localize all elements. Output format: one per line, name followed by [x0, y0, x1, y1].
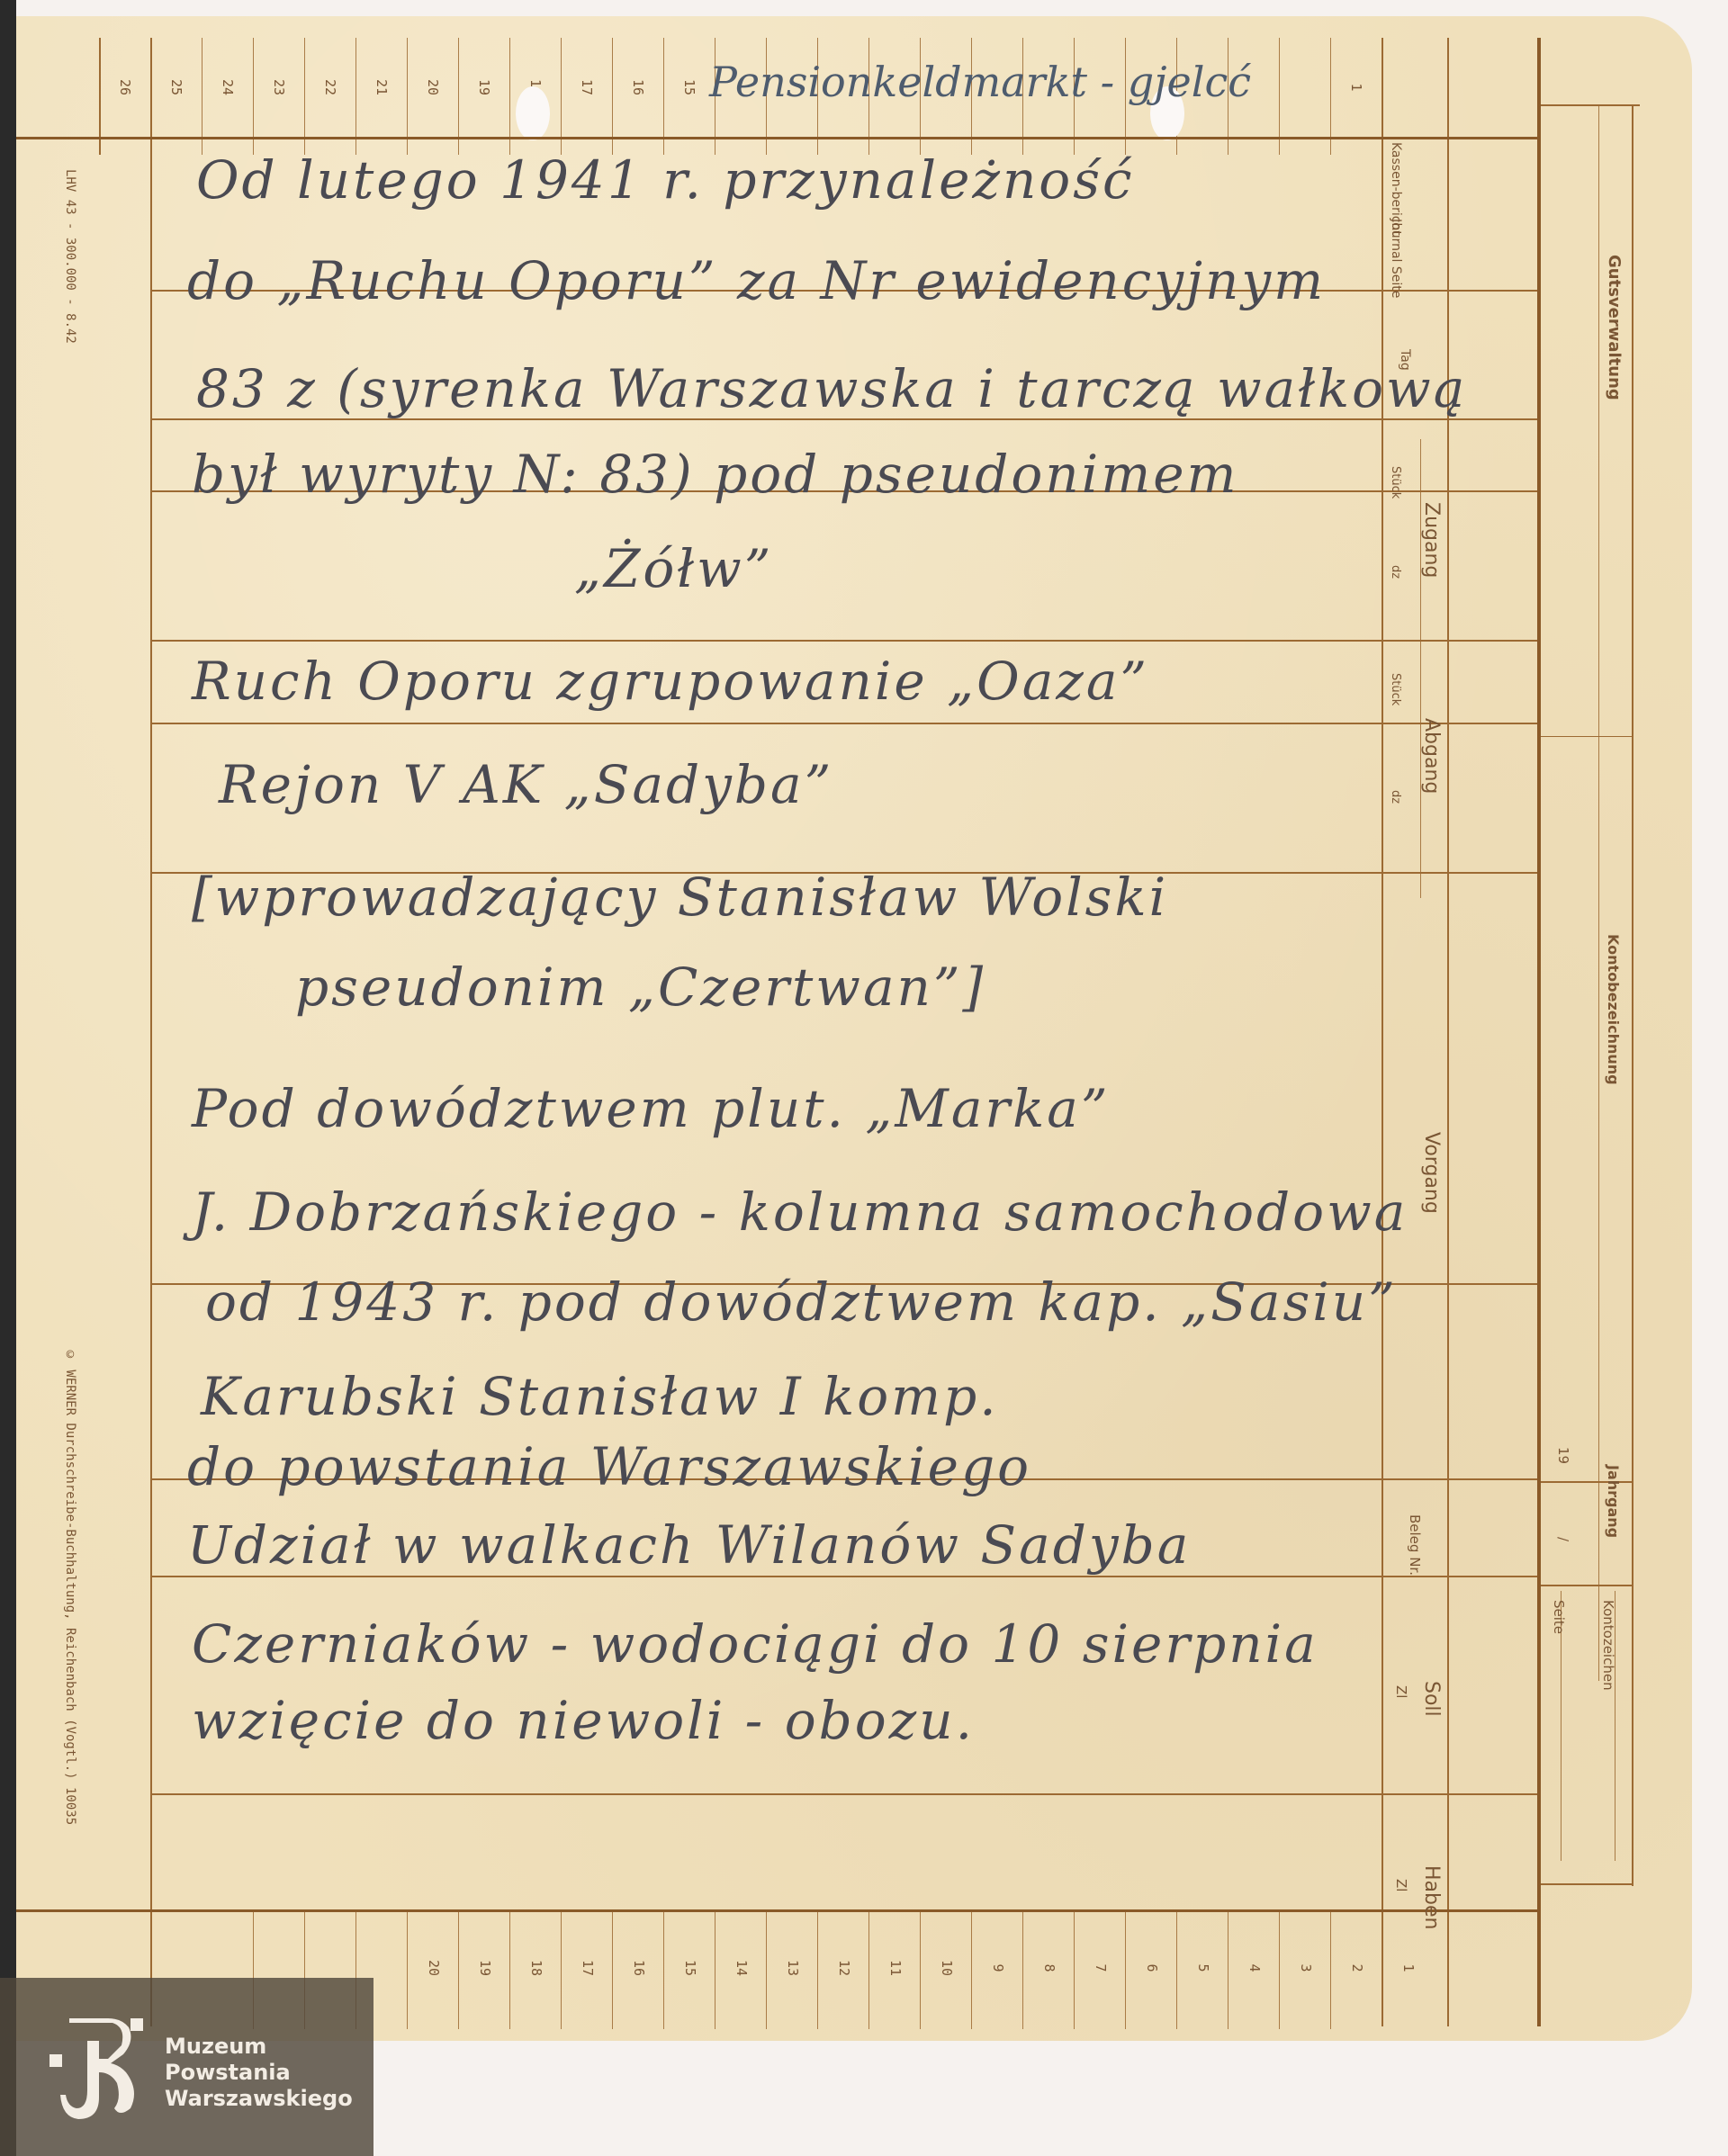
handwritten-line: Pod dowództwem plut. „Marka” [192, 1078, 1111, 1139]
col-number: 26 [117, 74, 133, 101]
label-kontobezeichnung: Kontobezeichnung [1605, 934, 1622, 1085]
label-abgang-stueck: Stück [1389, 673, 1402, 705]
punch-hole [516, 86, 550, 140]
museum-name-line2: Powstania [165, 2060, 353, 2086]
margin-print-top: LHV 43 - 300.000 - 8.42 [63, 169, 77, 344]
label-haben: Haben [1420, 1865, 1443, 1929]
col-number: 24 [220, 74, 236, 101]
label-journal-seite: Journal Seite [1389, 219, 1403, 298]
handwritten-line: od 1943 r. pod dowództwem kap. „Sasiu” [205, 1271, 1398, 1333]
col-number: 12 [836, 1954, 852, 1981]
museum-name: Muzeum Powstania Warszawskiego [165, 2034, 353, 2112]
label-soll-unit: Zl [1393, 1685, 1409, 1698]
col-number: 9 [990, 1954, 1006, 1981]
museum-watermark: Muzeum Powstania Warszawskiego [0, 1978, 373, 2156]
col-number: 21 [373, 74, 390, 101]
col-number: 20 [425, 74, 441, 101]
handwritten-line: Ruch Oporu zgrupowanie „Oaza” [192, 651, 1149, 712]
handwritten-line: wzięcie do niewoli - obozu. [192, 1690, 975, 1751]
col-number: 22 [322, 74, 338, 101]
col-number: 17 [579, 74, 595, 101]
ledger-card: 26 25 24 23 22 21 20 19 18 17 16 15 1 Pe… [16, 16, 1692, 2041]
col-number: 1 [1400, 1954, 1417, 1981]
handwritten-line: Od lutego 1941 r. przynależność [196, 149, 1134, 211]
col-number: 16 [631, 1954, 647, 1981]
label-zugang: Zugang [1420, 502, 1443, 578]
label-zugang-stueck: Stück [1389, 466, 1402, 499]
col-number: 18 [528, 1954, 544, 1981]
handwritten-line: pseudonim „Czertwan”] [295, 957, 985, 1018]
col-number: 17 [580, 1954, 596, 1981]
col-number: 15 [682, 1954, 698, 1981]
kotwica-anchor-icon [49, 2018, 144, 2122]
col-number: 2 [1349, 1954, 1365, 1981]
label-seite: Seite [1551, 1600, 1567, 1634]
col-number: 1 [1348, 74, 1364, 101]
handwritten-line: do „Ruchu Oporu” za Nr ewidencyjnym [187, 250, 1326, 311]
col-number: 15 [681, 74, 697, 101]
col-number: 5 [1195, 1954, 1211, 1981]
col-number: 23 [271, 74, 287, 101]
museum-name-line3: Warszawskiego [165, 2086, 353, 2112]
scanner-edge [0, 0, 16, 2156]
handwritten-line: 83 z (syrenka Warszawska i tarczą wałkow… [196, 358, 1467, 419]
col-number: 13 [785, 1954, 801, 1981]
margin-print-bottom: © WERNER Durchschreibe-Buchhaltung, Reic… [63, 1348, 77, 1825]
label-abgang-dz: dz [1389, 790, 1402, 804]
handwritten-line: [wprowadzający Stanisław Wolski [192, 867, 1168, 928]
col-number: 14 [733, 1954, 750, 1981]
col-number: 10 [939, 1954, 955, 1981]
col-number: 6 [1144, 1954, 1160, 1981]
col-number: 3 [1298, 1954, 1314, 1981]
col-number: 16 [630, 74, 646, 101]
col-number: 19 [477, 1954, 493, 1981]
label-soll: Soll [1420, 1681, 1443, 1717]
label-beleg-nr: Beleg Nr. [1407, 1514, 1423, 1576]
label-jahrgang: Jahrgang [1605, 1465, 1622, 1538]
col-number: 4 [1246, 1954, 1263, 1981]
label-kontozeichen: Kontozeichen [1600, 1600, 1616, 1691]
label-jahrgang-sep: / [1555, 1537, 1571, 1541]
label-vorgang: Vorgang [1420, 1132, 1443, 1214]
header-handwriting: Pensionkeldmarkt - gjelcć [709, 58, 1251, 106]
col-number: 25 [168, 74, 184, 101]
col-number: 7 [1093, 1954, 1109, 1981]
handwritten-line: Rejon V AK „Sadyba” [219, 754, 833, 815]
col-number: 11 [887, 1954, 904, 1981]
handwritten-line: „Żółw” [574, 538, 773, 599]
col-number: 19 [476, 74, 492, 101]
handwritten-line: Udział w walkach Wilanów Sadyba [187, 1514, 1191, 1576]
label-abgang: Abgang [1420, 718, 1443, 794]
handwritten-line: był wyryty N: 83) pod pseudonimem [192, 444, 1239, 505]
col-number: 20 [426, 1954, 442, 1981]
label-gutsverwaltung: Gutsverwaltung [1605, 255, 1624, 400]
label-haben-unit: Zl [1393, 1879, 1409, 1891]
handwritten-line: J. Dobrzańskiego - kolumna samochodowa [192, 1181, 1408, 1243]
handwritten-line: Karubski Stanisław I komp. [201, 1366, 999, 1427]
museum-name-line1: Muzeum [165, 2034, 353, 2060]
label-zugang-dz: dz [1389, 565, 1402, 579]
label-jahrgang-prefix: 19 [1555, 1447, 1571, 1464]
handwritten-line: Czerniaków - wodociągi do 10 sierpnia [192, 1613, 1318, 1675]
handwritten-line: do powstania Warszawskiego [187, 1436, 1031, 1497]
col-number: 8 [1041, 1954, 1057, 1981]
